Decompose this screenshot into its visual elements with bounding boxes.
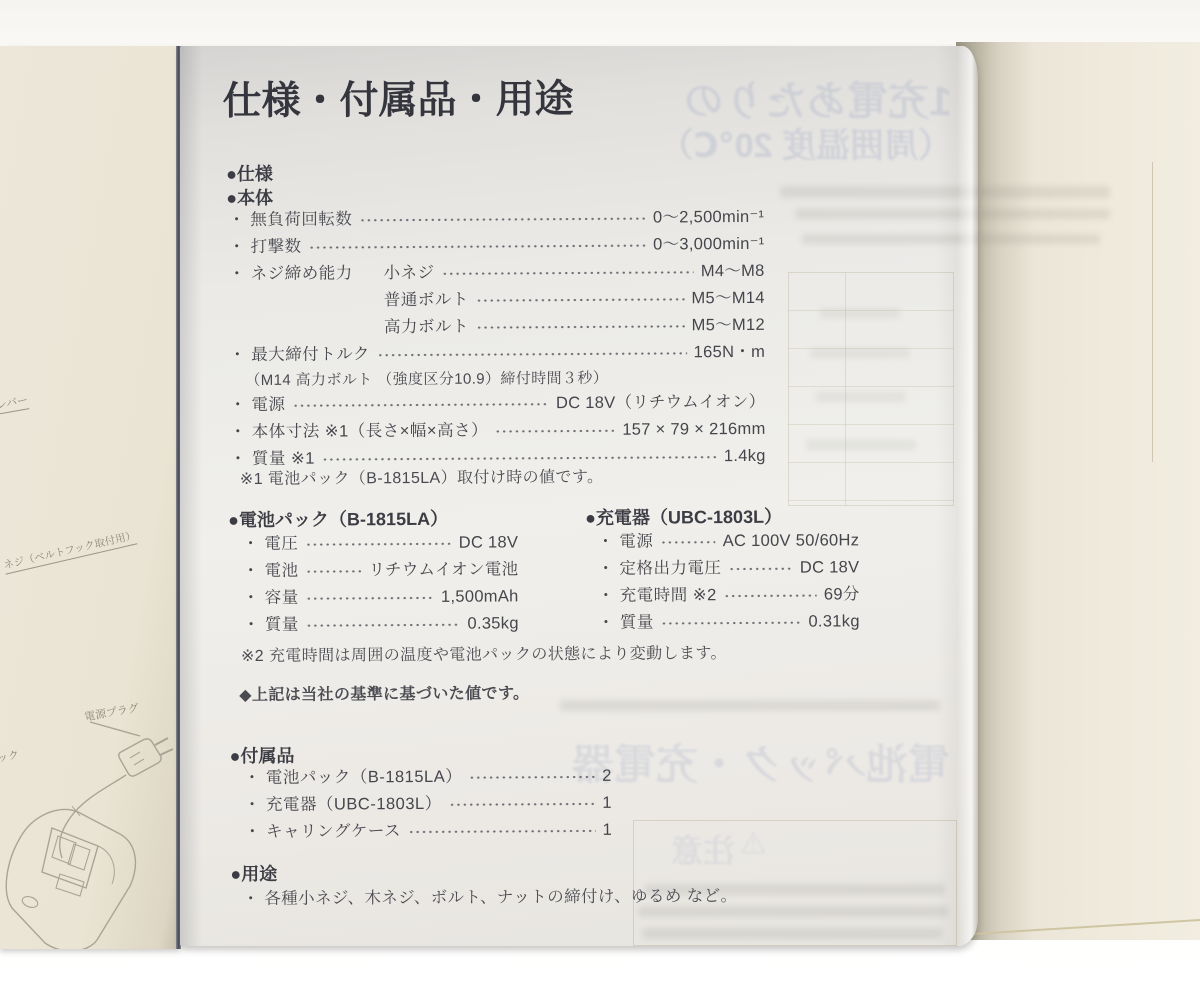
page-content: 仕様・付属品・用途 ●仕様 ●本体 ・ 無負荷回転数 0～2,500min⁻¹ … (177, 44, 980, 949)
dot-leader (306, 622, 461, 629)
footnote-1: ※1 電池パック（B-1815LA）取付け時の値です。 (240, 464, 604, 489)
dot-leader (476, 296, 685, 303)
dot-leader (293, 401, 549, 409)
dot-leader (408, 828, 596, 835)
uses-item: ・ 各種小ネジ、木ネジ、ボルト、ナットの締付け、ゆるめ など。 (242, 882, 737, 909)
spec-row-value: 0～3,000min⁻¹ (653, 232, 765, 258)
spec-row: ・ 電圧 DC 18V (242, 530, 518, 559)
dot-leader (322, 454, 717, 462)
spec-row-value: DC 18V (459, 530, 519, 555)
spec-row: ・ 打撃数 0～3,000min⁻¹ (228, 232, 764, 262)
accessory-quantity: 2 (602, 764, 612, 789)
dot-leader (660, 539, 715, 545)
spec-row-value: DC 18V（リチウムイオン） (556, 390, 766, 416)
spec-row-label: ・ 電源 (597, 530, 653, 555)
accessory-label: ・ キャリングケース (244, 819, 401, 845)
manual-photo: レバー ネジ（ベルトフック取付用） 電源プラグ ック (0, 0, 1200, 990)
spec-row: ・ 電池 リチウムイオン電池 (242, 557, 518, 586)
spec-row-label: ・ 容量 (243, 586, 299, 611)
spec-row-value: 1,500mAh (441, 584, 519, 609)
accessory-row: ・ 電池パック（B-1815LA） 2 (244, 764, 612, 793)
accessory-row: ・ キャリングケース 1 (244, 818, 612, 847)
dot-leader (729, 566, 793, 572)
accessories-rows: ・ 電池パック（B-1815LA） 2 ・ 充電器（UBC-1803L） 1 ・… (244, 764, 612, 847)
page-title: 仕様・付属品・用途 (222, 68, 573, 126)
spec-row: ・ ネジ締め能力 小ネジ M4～M8 (229, 259, 765, 289)
spec-row-value: 0～2,500min⁻¹ (653, 205, 765, 231)
charger-line-drawing (0, 46, 179, 949)
dot-leader (359, 216, 646, 224)
page-edge-highlight (936, 46, 978, 946)
spec-row-value: M5～M12 (692, 313, 765, 338)
dot-leader (449, 801, 596, 808)
spec-section-heading: ●仕様 (226, 160, 273, 186)
spec-row-sublabel: 小ネジ (384, 261, 435, 286)
spec-row-value: AC 100V 50/60Hz (723, 528, 860, 554)
spec-row-value: 0.35kg (467, 611, 518, 636)
spec-row: ・ 本体寸法 ※1（長さ×幅×高さ） 157 × 79 × 216mm (230, 417, 766, 447)
accessories-section-heading: ●付属品 (229, 742, 294, 768)
footnote-2: ※2 充電時間は周囲の温度や電池パックの状態により変動します。 (241, 640, 727, 666)
dot-leader (305, 541, 451, 548)
spec-row: ・ 最大締付トルク 165N・m (229, 340, 765, 370)
next-page-edge (956, 42, 1200, 940)
spec-row-label: ・ 質量 (598, 611, 654, 636)
accessory-label: ・ 電池パック（B-1815LA） (244, 765, 463, 791)
spec-row-label: ・ 無負荷回転数 (228, 207, 352, 233)
dot-leader (306, 568, 362, 574)
spec-row-label: ・ 打撃数 (228, 235, 301, 260)
dot-leader (469, 774, 595, 781)
dot-leader (724, 593, 817, 600)
spec-row: ・ 質量 0.31kg (598, 609, 860, 638)
accessory-quantity: 1 (602, 818, 612, 843)
dot-leader (306, 595, 434, 602)
spec-row-value: 0.31kg (808, 609, 859, 634)
dot-leader (309, 243, 647, 251)
spec-row-value: DC 18V (800, 555, 860, 580)
spec-row: ・ 無負荷回転数 0～2,500min⁻¹ (228, 205, 764, 235)
dot-leader (495, 428, 615, 435)
spec-row-label: ・ 定格出力電圧 (597, 556, 721, 582)
battery-spec-rows: ・ 電圧 DC 18V ・ 電池 リチウムイオン電池 ・ 容量 1,500mAh… (242, 530, 519, 640)
torque-note: （M14 高力ボルト （強度区分10.9）締付時間３秒） (245, 367, 608, 390)
body-spec-rows-2: ・ 電源 DC 18V（リチウムイオン） ・ 本体寸法 ※1（長さ×幅×高さ） … (229, 390, 765, 474)
spec-row-sublabel: 高力ボルト (384, 315, 469, 341)
spec-row: ・ 質量 0.35kg (243, 611, 519, 640)
spec-row-value: M4～M8 (701, 259, 765, 284)
dot-leader (661, 620, 802, 627)
indent-spacer (229, 315, 384, 316)
accessory-label: ・ 充電器（UBC-1803L） (244, 792, 442, 818)
spec-row: ・ 定格出力電圧 DC 18V (597, 555, 859, 584)
basis-note: ◆上記は当社の基準に基づいた値です。 (239, 680, 529, 705)
accessory-row: ・ 充電器（UBC-1803L） 1 (244, 791, 612, 820)
spec-row: 高力ボルト M5～M12 (229, 313, 765, 343)
spec-row-label: ・ 電池 (242, 559, 298, 584)
spec-row-label: ・ 本体寸法 ※1（長さ×幅×高さ） (230, 419, 489, 446)
spec-row-label: ・ ネジ締め能力 (229, 261, 384, 287)
spec-row-label: ・ 最大締付トルク (229, 342, 370, 368)
charger-spec-rows: ・ 電源 AC 100V 50/60Hz ・ 定格出力電圧 DC 18V ・ 充… (597, 528, 860, 638)
body-spec-rows: ・ 無負荷回転数 0～2,500min⁻¹ ・ 打撃数 0～3,000min⁻¹… (228, 205, 765, 370)
dot-leader (442, 269, 694, 277)
spec-row: ・ 容量 1,500mAh (243, 584, 519, 613)
spec-row-value: 1.4kg (724, 444, 766, 469)
dot-leader (476, 323, 685, 330)
spec-row-value: 165N・m (694, 340, 766, 365)
spec-row-value: M5～M14 (691, 286, 764, 311)
indent-spacer (229, 288, 384, 289)
battery-section-heading: ●電池パック（B-1815LA） (228, 505, 448, 532)
uses-section-heading: ●用途 (230, 860, 277, 886)
spec-row-sublabel: 普通ボルト (384, 288, 469, 314)
spec-row: 普通ボルト M5～M14 (229, 286, 765, 316)
spec-page: 1充電あたりの （周囲温度 20℃） 電池パック・充電器 ⚠ 注意 仕様・付属品… (180, 46, 978, 946)
body-section-heading: ●本体 (226, 184, 273, 210)
spec-row-value: リチウムイオン電池 (368, 557, 518, 583)
spec-row: ・ 電源 AC 100V 50/60Hz (597, 528, 859, 557)
spec-row-label: ・ 質量 (243, 613, 299, 638)
charger-section-heading: ●充電器（UBC-1803L） (585, 503, 782, 530)
spec-row-label: ・ 電源 (229, 393, 285, 418)
previous-page-edge: レバー ネジ（ベルトフック取付用） 電源プラグ ック (0, 46, 179, 949)
spec-row-label: ・ 充電時間 ※2 (598, 583, 717, 609)
page-edge-line (1152, 162, 1153, 462)
spec-row-value: 157 × 79 × 216mm (622, 417, 765, 443)
spec-row: ・ 電源 DC 18V（リチウムイオン） (229, 390, 765, 420)
accessory-quantity: 1 (602, 791, 612, 816)
spec-row-label: ・ 電圧 (242, 532, 298, 557)
spec-row: ・ 充電時間 ※2 69分 (598, 582, 860, 611)
dot-leader (377, 350, 687, 358)
spec-row-value: 69分 (824, 582, 860, 607)
